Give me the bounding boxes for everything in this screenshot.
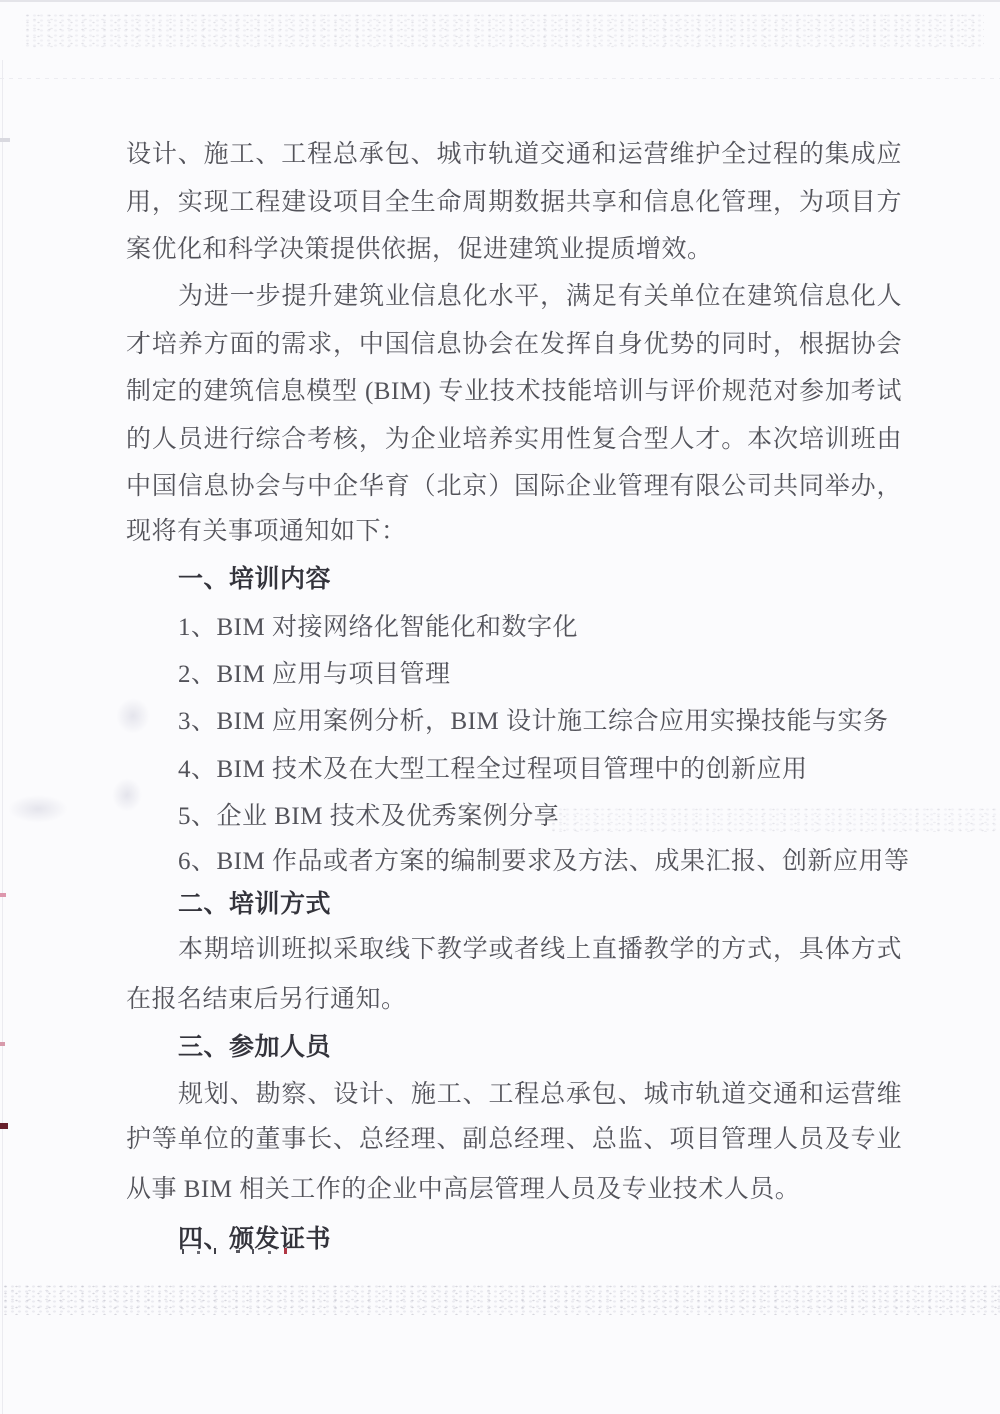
- para-first-line: 规划、勘察、设计、施工、工程总承包、城市轨道交通和运营维: [126, 1071, 902, 1119]
- list-item-2: 2、BIM 应用与项目管理: [126, 651, 902, 699]
- scan-edge-top-line: [0, 0, 1000, 2]
- scan-edge-mark-gray: [0, 138, 10, 142]
- scan-edge-mark-pink: [0, 1042, 5, 1046]
- para-line: 现将有关事项通知如下：: [126, 508, 902, 556]
- para-line: 在报名结束后另行通知。: [126, 976, 902, 1024]
- scan-edge-left-line: [2, 60, 3, 1414]
- para-line: 的人员进行综合考核，为企业培养实用性复合型人才。本次培训班由: [126, 416, 902, 464]
- list-item-1: 1、BIM 对接网络化智能化和数字化: [126, 604, 902, 652]
- para-line: 制定的建筑信息模型 (BIM) 专业技术技能培训与评价规范对参加考试: [126, 368, 902, 416]
- heading-participants: 三、参加人员: [126, 1024, 902, 1072]
- scan-edge-mark-maroon: [0, 1123, 8, 1129]
- para-line: 从事 BIM 相关工作的企业中高层管理人员及专业技术人员。: [126, 1166, 902, 1214]
- heading-training-method: 二、培训方式: [126, 881, 902, 929]
- para-first-line: 本期培训班拟采取线下教学或者线上直播教学的方式，具体方式: [126, 926, 902, 974]
- heading-training-content: 一、培训内容: [126, 556, 902, 604]
- para-first-line: 为进一步提升建筑业信息化水平，满足有关单位在建筑信息化人: [126, 273, 902, 321]
- para-continuation-line: 设计、施工、工程总承包、城市轨道交通和运营维护全过程的集成应: [126, 131, 902, 179]
- scan-smudge-blob: [8, 795, 68, 823]
- para-line: 案优化和科学决策提供依据，促进建筑业提质增效。: [126, 226, 902, 274]
- list-item-6: 6、BIM 作品或者方案的编制要求及方法、成果汇报、创新应用等: [126, 838, 902, 886]
- scan-edge-mark-pink: [0, 893, 6, 897]
- para-line: 护等单位的董事长、总经理、副总经理、总监、项目管理人员及专业: [126, 1116, 902, 1164]
- para-line: 才培养方面的需求，中国信息协会在发挥自身优势的同时，根据协会: [126, 321, 902, 369]
- list-item-5: 5、企业 BIM 技术及优秀案例分享: [126, 793, 902, 841]
- list-item-4: 4、BIM 技术及在大型工程全过程项目管理中的创新应用: [126, 746, 902, 794]
- heading-certificate: 四、颁发证书: [126, 1216, 902, 1264]
- para-line: 中国信息协会与中企华育（北京）国际企业管理有限公司共同举办，: [126, 463, 902, 511]
- scan-faint-dotted-line: [0, 78, 1000, 79]
- list-item-3: 3、BIM 应用案例分析，BIM 设计施工综合应用实操技能与实务: [126, 698, 902, 746]
- scan-noise-band-top: [22, 12, 984, 48]
- scan-noise-band-bottom: [0, 1283, 1000, 1315]
- para-line: 用，实现工程建设项目全生命周期数据共享和信息化管理，为项目方: [126, 179, 902, 227]
- scanned-document-page: 设计、施工、工程总承包、城市轨道交通和运营维护全过程的集成应 用，实现工程建设项…: [0, 0, 1000, 1414]
